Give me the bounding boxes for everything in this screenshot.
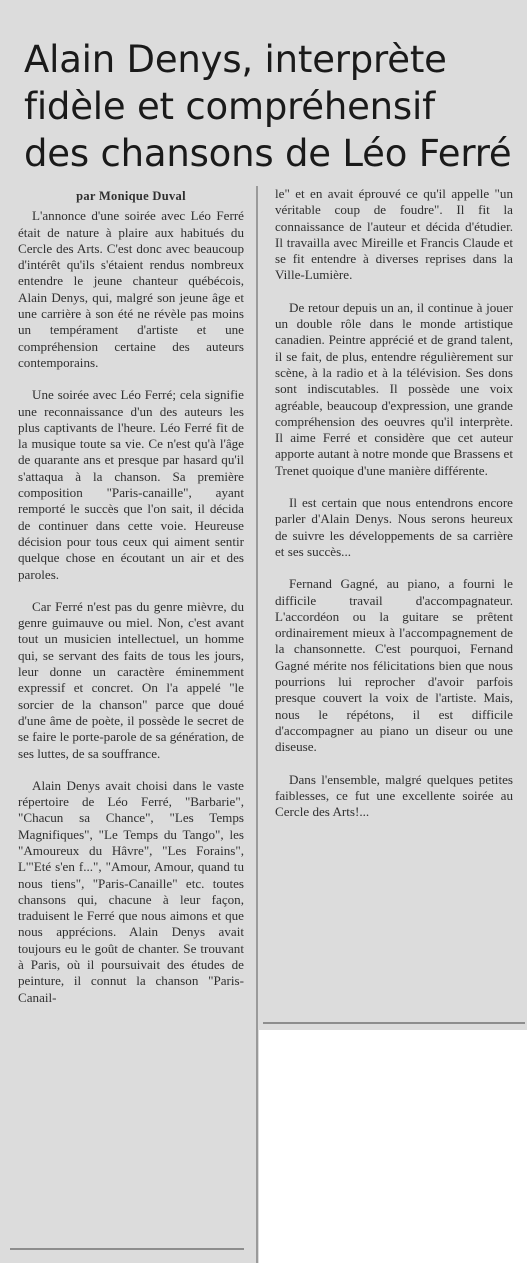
article-column-right: le" et en avait éprouvé ce qu'il appelle… bbox=[275, 186, 513, 836]
paragraph: Car Ferré n'est pas du genre mièvre, du … bbox=[18, 599, 244, 762]
paragraph: Il est certain que nous entendrons encor… bbox=[275, 495, 513, 560]
column-divider bbox=[256, 186, 258, 1263]
article-column-left: par Monique Duval L'annonce d'une soirée… bbox=[18, 188, 244, 1022]
headline-line: des chansons de Léo Ferré bbox=[24, 130, 514, 177]
headline: Alain Denys, interprète fidèle et compré… bbox=[24, 36, 514, 177]
paragraph: Fernand Gagné, au piano, a fourni le dif… bbox=[275, 576, 513, 755]
end-rule-right bbox=[263, 1022, 525, 1024]
headline-line: Alain Denys, interprète bbox=[24, 36, 514, 83]
end-rule-left bbox=[10, 1248, 244, 1250]
paragraph-continued: le" et en avait éprouvé ce qu'il appelle… bbox=[275, 186, 513, 284]
paragraph: L'annonce d'une soirée avec Léo Ferré ét… bbox=[18, 208, 244, 371]
paragraph: Alain Denys avait choisi dans le vaste r… bbox=[18, 778, 244, 1006]
paragraph: Dans l'ensemble, malgré quelques petites… bbox=[275, 772, 513, 821]
paragraph: De retour depuis un an, il continue à jo… bbox=[275, 300, 513, 479]
headline-line: fidèle et compréhensif bbox=[24, 83, 514, 130]
byline: par Monique Duval bbox=[18, 188, 244, 204]
paragraph: Une soirée avec Léo Ferré; cela signifie… bbox=[18, 387, 244, 583]
newsprint-background-left-column bbox=[0, 1030, 259, 1263]
